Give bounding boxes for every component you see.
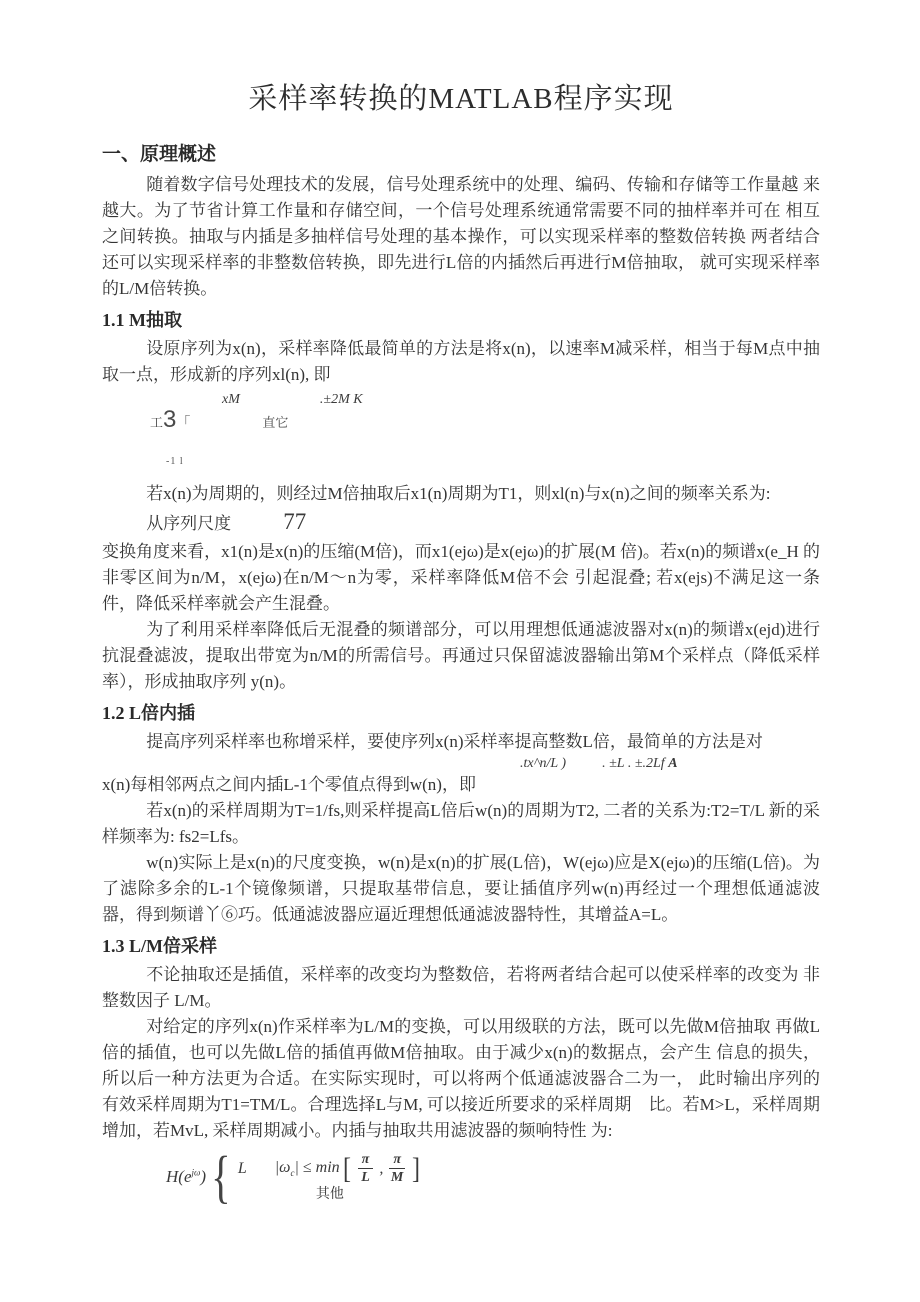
decimation-spectrum-paragraph: 变换角度来看，x1(n)是x(n)的压缩(M倍)，而x1(ejω)是x(ejω)… bbox=[102, 539, 820, 617]
decimation-heading: 1.1 M抽取 bbox=[102, 306, 820, 332]
interpolation-intro-paragraph: 提高序列采样率也称增采样，要使序列x(n)采样率提高整数L倍，最简单的方法是对 bbox=[102, 729, 820, 755]
formula-fraction-pi-M: πM bbox=[389, 1152, 405, 1185]
interpolation-formula: .tx^n/L ). ±L . ±.2Lf A bbox=[102, 755, 820, 772]
interpolation-period-paragraph: 若x(n)的采样周期为T=1/fs,则采样提高L倍后w(n)的周期为T2, 二者… bbox=[102, 798, 820, 850]
frequency-response-formula: H(ejω) { L |ωc| ≤ min [ πL , πM ] 其他 bbox=[166, 1148, 820, 1206]
resampling-intro-paragraph: 不论抽取还是插值，采样率的改变均为整数倍，若将两者结合起可以使采样率的改变为 非… bbox=[102, 962, 820, 1014]
fraction-denominator: M bbox=[391, 1169, 403, 1185]
interpolation-zeros-paragraph: x(n)每相邻两点之间内插L-1个零值点得到w(n)，即 bbox=[102, 772, 820, 798]
formula-bracket-open: [ bbox=[343, 1154, 351, 1184]
formula-fragment-gong: 工 bbox=[150, 415, 163, 430]
decimation-intro-paragraph: 设原序列为x(n)，采样率降低最简单的方法是将x(n)，以速率M减采样，相当于每… bbox=[102, 336, 820, 388]
formula-cases: L |ωc| ≤ min [ πL , πM ] 其他 bbox=[238, 1150, 423, 1204]
formula-fragment-neg: -1 l bbox=[166, 456, 184, 467]
formula-case-otherwise: 其他 bbox=[238, 1186, 423, 1204]
formula-h-sup: jω bbox=[191, 1167, 200, 1177]
formula-fragment-three: 3 bbox=[163, 406, 176, 433]
formula-condition-pre: |ω bbox=[275, 1159, 291, 1176]
formula-h-pre: H(e bbox=[166, 1167, 191, 1186]
formula-h-post: ) bbox=[200, 1167, 206, 1186]
decimation-formula: xM.±2M K 工3「直它 -1 l bbox=[102, 392, 820, 467]
scale-change-label: 从序列尺度 bbox=[146, 514, 231, 533]
formula-fragment-bracket: 「 bbox=[176, 414, 190, 430]
decimation-formula-line1: xM.±2M K bbox=[102, 392, 820, 407]
decimation-period-paragraph: 若x(n)为周期的，则经过M倍抽取后x1(n)周期为T1，则xl(n)与x(n)… bbox=[102, 481, 820, 507]
fraction-numerator: π bbox=[389, 1152, 405, 1169]
scale-change-line: 从序列尺度77 bbox=[102, 507, 820, 539]
fraction-numerator: π bbox=[358, 1152, 374, 1169]
formula-separator: , bbox=[379, 1160, 383, 1178]
formula-fragment-xm: xM bbox=[222, 392, 240, 407]
interpolation-spectrum-paragraph: w(n)实际上是x(n)的尺度变换，w(n)是x(n)的扩展(L倍)，W(ejω… bbox=[102, 850, 820, 928]
formula-gain-value: L bbox=[238, 1160, 247, 1178]
overview-heading: 一、原理概述 bbox=[102, 139, 820, 166]
formula-fragment-pm2mk: .±2M K bbox=[320, 392, 363, 407]
formula-h-term: H(ejω) bbox=[166, 1167, 206, 1187]
formula-condition: |ωc| ≤ min bbox=[275, 1159, 340, 1178]
fraction-denominator: L bbox=[361, 1169, 370, 1185]
overview-paragraph: 随着数字信号处理技术的发展，信号处理系统中的处理、编码、传输和存储等工作量越 来… bbox=[102, 172, 820, 302]
formula-fragment-c: A bbox=[668, 756, 677, 771]
resampling-method-paragraph: 对给定的序列x(n)作采样率为L/M的变换，可以用级联的方法，既可以先做M倍抽取… bbox=[102, 1014, 820, 1144]
interpolation-heading: 1.2 L倍内插 bbox=[102, 699, 820, 725]
formula-fraction-pi-L: πL bbox=[358, 1152, 374, 1185]
document-title: 采样率转换的MATLAB程序实现 bbox=[102, 76, 820, 117]
document-page: 采样率转换的MATLAB程序实现 一、原理概述 随着数字信号处理技术的发展，信号… bbox=[0, 0, 920, 1302]
formula-brace: { bbox=[211, 1148, 230, 1206]
formula-condition-mid: | ≤ min bbox=[294, 1159, 339, 1176]
formula-fragment-b: . ±L . ±.2Lf bbox=[602, 756, 665, 771]
resampling-heading: 1.3 L/M倍采样 bbox=[102, 932, 820, 958]
formula-fragment-zhita: 直它 bbox=[262, 415, 288, 430]
decimation-filter-paragraph: 为了利用采样率降低后无混叠的频谱部分，可以用理想低通滤波器对x(n)的频谱x(e… bbox=[102, 617, 820, 695]
decimation-formula-line2: 工3「直它 bbox=[102, 407, 820, 436]
decimation-formula-line3: -1 l bbox=[102, 456, 820, 467]
formula-bracket-close: ] bbox=[412, 1154, 420, 1184]
formula-case-passband: L |ωc| ≤ min [ πL , πM ] bbox=[238, 1152, 423, 1185]
scale-change-fragment: 77 bbox=[283, 509, 306, 534]
formula-fragment-a: .tx^n/L ) bbox=[520, 756, 566, 771]
